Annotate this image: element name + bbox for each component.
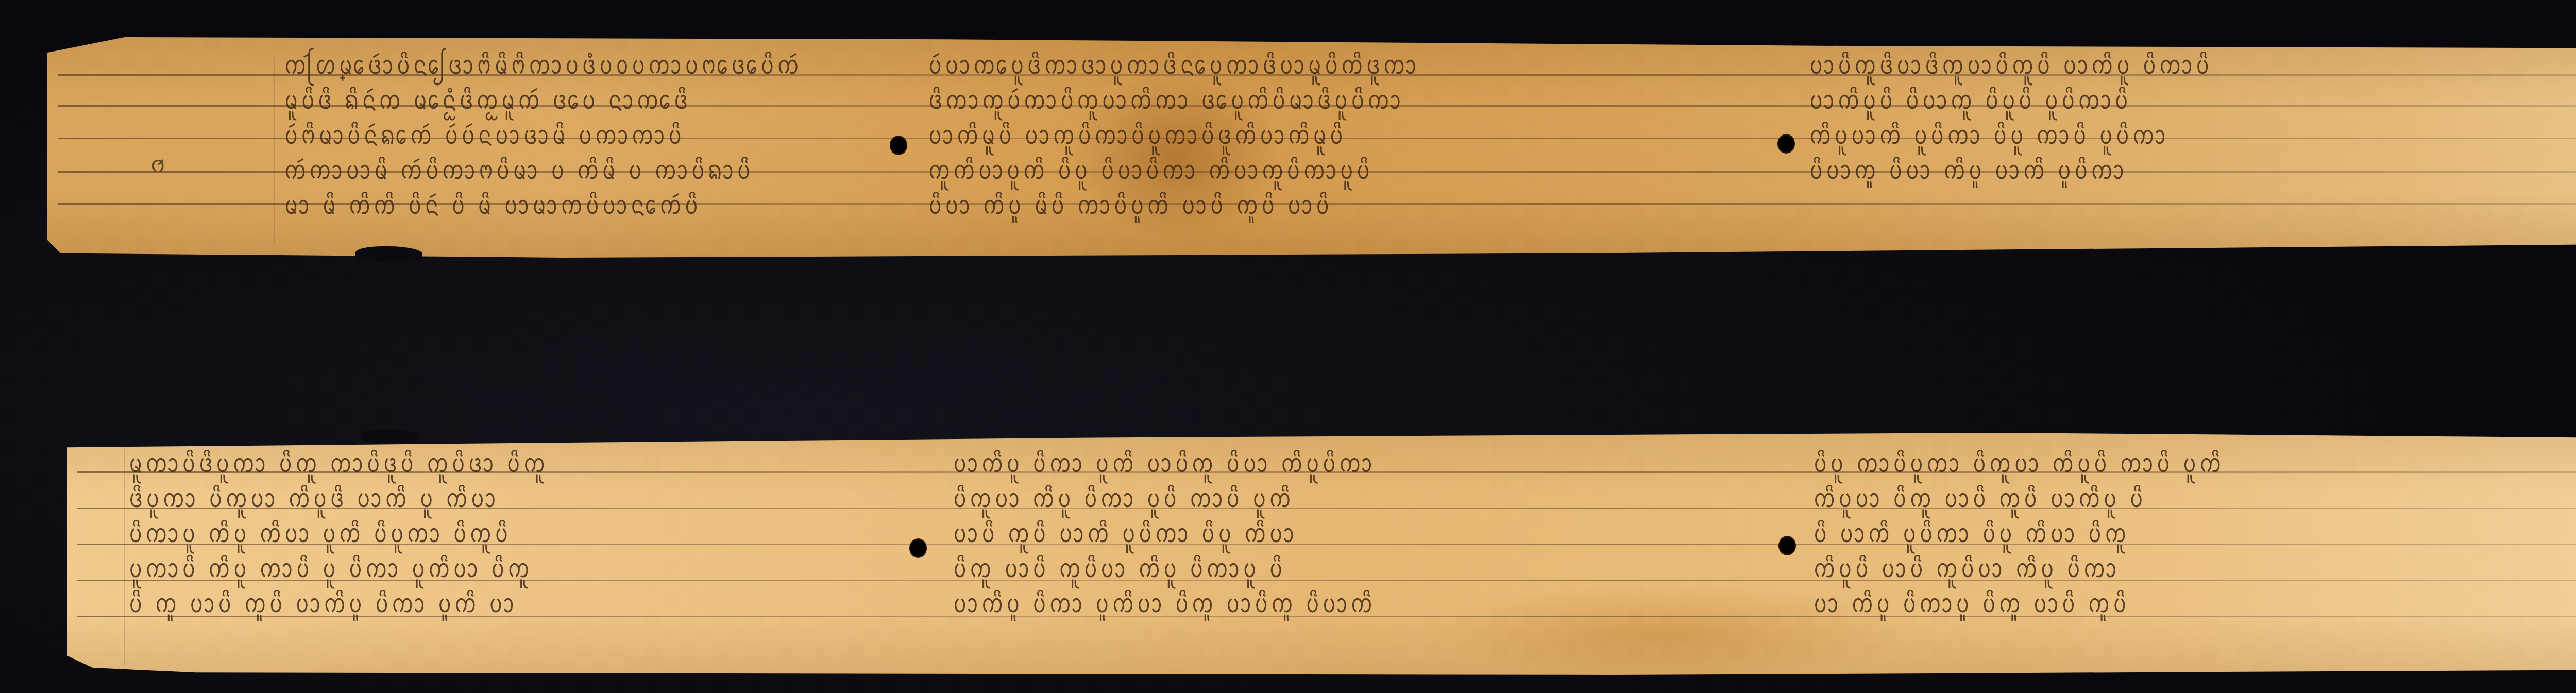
text-block-right: ᨷᩣᨷᩦᨠᩪᨴᩦᨷᩣᨴᩦᨠᩪᨷᩣᨷᩦᨠᩪᨷᩦ ᨷᩣᨠᩦᨷᩪ ᨷᩦᨠᩣᨷᩦ ᨷᩣᨠ…: [1809, 47, 2531, 188]
script-line: ᨷᩦᨷᩣ ᨠᩦᨷᩪ ᨾᩦᨷᩦ ᨠᩣᨷᩦᨷᩪᨠᩦ ᨷᩣᨷᩦ ᨠᩪᨷᩦ ᨷᩣᨷᩦ: [928, 188, 1753, 218]
leaf-tear-damage: [361, 429, 417, 443]
palm-leaf-bottom: ᨾᩪᨠᩣᨷᩦᨴᩦᨷᩪᨠᩣ ᨷᩦᨠᩪ ᨠᩣᨷᩦᨴᩪᨷᩦ ᨠᩪᨷᩦᨴᩣ ᨷᩦᨠᩪ ᨴ…: [67, 433, 2576, 675]
margin-rule: [124, 443, 125, 665]
string-hole-right: [1778, 536, 1796, 555]
text-block-middle: ᨷᩢᨷᩣᨠᩮᨷᩪᨴᩦᨠᩣᨴᩣᨷᩪᨠᩣᨴᩦᨶᩮᨷᩪᨠᩣᨴᩦᨷᩣᨾᩪᨷᩦᨠᩦᨴᩪᨠᩣ…: [928, 47, 1753, 223]
script-line: ᨾᩪᨠᩣᨷᩦᨴᩦᨷᩪᨠᩣ ᨷᩦᨠᩪ ᨠᩣᨷᩦᨴᩪᨷᩦ ᨠᩪᨷᩦᨴᩣ ᨷᩦᨠᩪ: [129, 446, 871, 477]
string-hole-left: [890, 136, 907, 155]
script-line: ᨠᩪᨠᩦᨷᩣᨷᩪᨠᩦ ᨷᩦᨷᩪ ᨷᩦᨷᩣᨷᩦᨠᩣ ᨠᩦᨷᩣᨠᩪᨷᩦᨠᩣᨷᩪᨷᩦ: [928, 153, 1753, 183]
folio-number: ᩆ: [150, 148, 165, 184]
script-line: ᨷᩢᨷᩣᨠᩮᨷᩪᨴᩦᨠᩣᨴᩣᨷᩪᨠᩣᨴᩦᨶᩮᨷᩪᨠᩣᨴᩦᨷᩣᨾᩪᨷᩦᨠᩦᨴᩪᨠᩣ: [928, 47, 1753, 78]
script-line: ᨷᩣᨠᩦᨷᩪᨷᩦ ᨷᩦᨷᩣᨠᩪ ᨷᩦᨷᩪᨷᩦ ᨷᩪᨷᩦᨠᩣᨷᩦ: [1809, 82, 2531, 113]
leaf-tear-damage: [355, 246, 422, 262]
script-line: ᨷᩦᨷᩣᨠᩪ ᨷᩦᨷᩣ ᨠᩦᨷᩪ ᨷᩣᨠᩦ ᨷᩪᨷᩦᨠᩣ: [1809, 153, 2531, 183]
script-line: ᨷᩣ ᨠᩦᨷᩪ ᨷᩦᨠᩣᨷᩪ ᨷᩦᨠᩪ ᨷᩣᨷᩦ ᨠᩪᨷᩦ: [1814, 586, 2535, 617]
script-line: ᨠᩦᨷᩪᨷᩣᨠᩦ ᨷᩪᨷᩦᨠᩣ ᨷᩦᨷᩪ ᨠᩣᨷᩦ ᨷᩪᨷᩦᨠᩣ: [1809, 117, 2531, 148]
script-line: ᨴᩦᨠᩣᨠᩪᨷᩢᨠᩣᨷᩦᨠᩪᨷᩣᨠᩦᨠᩣ ᨴᩮᨷᩪᨠᩦᨷᩦᨾᩣᨴᩦᨷᩪᨷᩦᨠᩣ: [928, 82, 1753, 113]
text-block-left: ᨾᩪᨠᩣᨷᩦᨴᩦᨷᩪᨠᩣ ᨷᩦᨠᩪ ᨠᩣᨷᩦᨴᩪᨷᩦ ᨠᩪᨷᩦᨴᩣ ᨷᩦᨠᩪ ᨴ…: [129, 446, 871, 621]
string-hole-left: [909, 538, 927, 558]
text-block-left: ᨠᩕᩢᩉ᩠ᨾᩮᨴᩢᩣᨷᩦᨶᩮᩭᨴᩣᨻᩦᨾᩦᨻᩦᨠᩣᨷᨴᩴᨷᩅᨷᨠᩣᨷᨻᩮᨴᩮᨷᩦ…: [284, 47, 861, 223]
script-line: ᨷᩣᨠᩦᨷᩪ ᨷᩦᨠᩣ ᨷᩪᨠᩦᨷᩣ ᨷᩦᨠᩪ ᨷᩣᨷᩦᨠᩪ ᨷᩦᨷᩣᨠᩦ: [953, 586, 1757, 617]
script-line: ᨷᩣᨷᩦᨠᩪᨴᩦᨷᩣᨴᩦᨠᩪᨷᩣᨷᩦᨠᩪᨷᩦ ᨷᩣᨠᩦᨷᩪ ᨷᩦᨠᩣᨷᩦ: [1809, 47, 2531, 78]
text-block-right: ᨷᩦᨷᩪ ᨠᩣᨷᩦᨷᩪᨠᩣ ᨷᩦᨠᩪᨷᩣ ᨠᩦᨷᩪᨷᩦ ᨠᩣᨷᩦ ᨷᩪᨠᩦ ᨠᩦ…: [1814, 446, 2535, 621]
script-line: ᨷᩣᨷᩦ ᨠᩪᨷᩦ ᨷᩣᨠᩦ ᨷᩪᨷᩦᨠᩣ ᨷᩦᨷᩪ ᨠᩦᨷᩣ: [953, 516, 1757, 547]
script-line: ᨷᩦᨠᩪ ᨷᩣᨷᩦ ᨠᩪᨷᩦᨷᩣ ᨠᩦᨷᩪ ᨷᩦᨠᩣᨷᩪ ᨷᩦ: [953, 551, 1757, 582]
script-line: ᨷᩢᨻᩦᨾᩣᨷᩦᨶᩢᨦᩮᨠᩢ ᨷᩢᨷᩢᨶᨷᩣᨴᩣᨾᩦ ᨷᨠᩣᨠᩣᨷᩦ: [284, 117, 861, 148]
script-line: ᨷᩣᨠᩦᨾᩪᨷᩦ ᨷᩣᨠᩪᨷᩦᨠᩣᨷᩦᨷᩪᨠᩣᨷᩦᨴᩪᨠᩦᨷᩣᨠᩦᨾᩪᨷᩦ: [928, 117, 1753, 148]
script-line: ᨷᩣᨠᩦᨷᩪ ᨷᩦᨠᩣ ᨷᩪᨠᩦ ᨷᩣᨷᩦᨠᩪ ᨷᩦᨷᩣ ᨠᩦᨷᩪᨷᩦᨠᩣ: [953, 446, 1757, 477]
script-line: ᨷᩦᨠᩪᨷᩣ ᨠᩦᨷᩪ ᨷᩦᨠᩣ ᨷᩪᨷᩦ ᨠᩣᨷᩦ ᨷᩪᨠᩦ: [953, 481, 1757, 512]
script-line: ᨷᩦ ᨠᩪ ᨷᩣᨷᩦ ᨠᩪᨷᩦ ᨷᩣᨠᩦᨷᩪ ᨷᩦᨠᩣ ᨷᩪᨠᩦ ᨷᩣ: [129, 586, 871, 617]
script-line: ᨷᩦᨠᩣᨷᩪ ᨠᩦᨷᩪ ᨠᩦᨷᩣ ᨷᩪᨠᩦ ᨷᩦᨷᩪᨠᩣ ᨷᩦᨠᩪᨷᩦ: [129, 516, 871, 547]
string-hole-right: [1777, 134, 1795, 154]
script-line: ᨴᩦᨷᩪᨠᩣ ᨷᩦᨠᩪᨷᩣ ᨠᩦᨷᩪᨴᩦ ᨷᩣᨠᩦ ᨷᩪ ᨠᩦᨷᩣ: [129, 481, 871, 512]
script-line: ᨷᩪᨠᩣᨷᩦ ᨠᩦᨷᩪ ᨠᩣᨷᩦ ᨷᩪ ᨷᩦᨠᩣ ᨷᩪᨠᩦᨷᩣ ᨷᩦᨠᩪ: [129, 551, 871, 582]
script-line: ᨠᩦᨷᩪᨷᩦ ᨷᩣᨷᩦ ᨠᩪᨷᩦᨷᩣ ᨠᩦᨷᩪ ᨷᩦᨠᩣ: [1814, 551, 2535, 582]
margin-rule: [274, 58, 275, 243]
script-line: ᨠᩦᨷᩪᨷᩣ ᨷᩦᨠᩪ ᨷᩣᨷᩦ ᨠᩪᨷᩦ ᨷᩣᨠᩦᨷᩪ ᨷᩦ: [1814, 481, 2535, 512]
script-line: ᨠᩕᩢᩉ᩠ᨾᩮᨴᩢᩣᨷᩦᨶᩮᩭᨴᩣᨻᩦᨾᩦᨻᩦᨠᩣᨷᨴᩴᨷᩅᨷᨠᩣᨷᨻᩮᨴᩮᨷᩦ…: [284, 47, 861, 78]
text-block-middle: ᨷᩣᨠᩦᨷᩪ ᨷᩦᨠᩣ ᨷᩪᨠᩦ ᨷᩣᨷᩦᨠᩪ ᨷᩦᨷᩣ ᨠᩦᨷᩪᨷᩦᨠᩣ ᨷᩦ…: [953, 446, 1757, 621]
script-line: ᨷᩦ ᨷᩣᨠᩦ ᨷᩪᨷᩦᨠᩣ ᨷᩦᨷᩪ ᨠᩦᨷᩣ ᨷᩦᨠᩪ: [1814, 516, 2535, 547]
script-line: ᨷᩦᨷᩪ ᨠᩣᨷᩦᨷᩪᨠᩣ ᨷᩦᨠᩪᨷᩣ ᨠᩦᨷᩪᨷᩦ ᨠᩣᨷᩦ ᨷᩪᨠᩦ: [1814, 446, 2535, 477]
script-line: ᨾᩣ ᨾᩦ ᨠᩦᨠᩦ ᨷᩦᨶᩢ ᨷᩦ ᨾᩦ ᨷᩣᨾᩣᨠᨷᩦᨷᩣᨶᩮᨠᩢᨷᩦ: [284, 188, 861, 218]
palm-leaf-top: ᩆ ᨠᩕᩢᩉ᩠ᨾᩮᨴᩢᩣᨷᩦᨶᩮᩭᨴᩣᨻᩦᨾᩦᨻᩦᨠᩣᨷᨴᩴᨷᩅᨷᨠᩣᨷᨻᩮᨴᩮ…: [47, 37, 2576, 258]
script-line: ᨾᩪᨷᩦᨴᩦ ᨦᩦᨶᩢᨠ ᨾᩮᨶᩬᩴᨴᩦᨠᩬᨾᩪᨠᩢ ᨴᩮᨷ ᨶᩣᨠᩮᨴᩦ: [284, 82, 861, 113]
script-line: ᨠᩢᨠᩣᨷᩣᨾᩦ ᨠᩢᨷᩦᨠᩣᨻᨷᩦᨾᩣ ᨷ ᨠᩦᨾᩦ ᨷ ᨠᩣᨷᩦᨦᩣᨷᩦ: [284, 153, 861, 183]
